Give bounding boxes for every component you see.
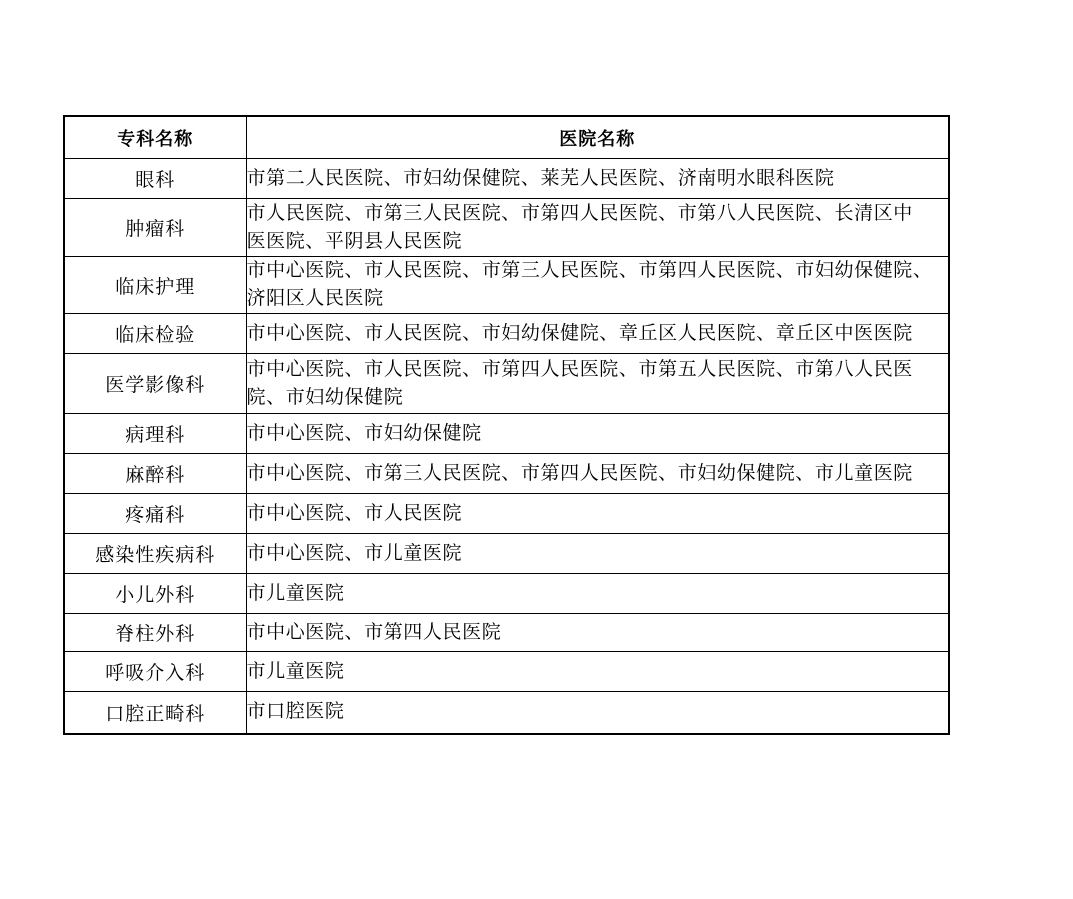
table-row: 疼痛科 市中心医院、市人民医院 <box>64 494 949 534</box>
table-row: 眼科 市第二人民医院、市妇幼保健院、莱芜人民医院、济南明水眼科医院 <box>64 159 949 199</box>
table-row: 临床护理 市中心医院、市人民医院、市第三人民医院、市第四人民医院、市妇幼保健院、… <box>64 257 949 314</box>
table-row: 临床检验 市中心医院、市人民医院、市妇幼保健院、章丘区人民医院、章丘区中医医院 <box>64 314 949 354</box>
hospitals-cell: 市儿童医院 <box>246 574 949 614</box>
hospitals-cell: 市中心医院、市第四人民医院 <box>246 614 949 652</box>
table-row: 感染性疾病科 市中心医院、市儿童医院 <box>64 534 949 574</box>
specialty-cell: 呼吸介入科 <box>64 652 246 692</box>
specialty-cell: 肿瘤科 <box>64 199 246 257</box>
hospitals-cell: 市人民医院、市第三人民医院、市第四人民医院、市第八人民医院、长清区中 医医院、平… <box>246 199 949 257</box>
specialty-hospital-table: 专科名称 医院名称 眼科 市第二人民医院、市妇幼保健院、莱芜人民医院、济南明水眼… <box>63 115 950 735</box>
hospitals-cell: 市第二人民医院、市妇幼保健院、莱芜人民医院、济南明水眼科医院 <box>246 159 949 199</box>
hospitals-cell: 市中心医院、市儿童医院 <box>246 534 949 574</box>
table-row: 小儿外科 市儿童医院 <box>64 574 949 614</box>
specialty-cell: 口腔正畸科 <box>64 692 246 734</box>
specialty-cell: 脊柱外科 <box>64 614 246 652</box>
table-header-row: 专科名称 医院名称 <box>64 116 949 159</box>
hospitals-cell: 市中心医院、市人民医院、市第四人民医院、市第五人民医院、市第八人民医 院、市妇幼… <box>246 354 949 414</box>
hospitals-cell: 市口腔医院 <box>246 692 949 734</box>
specialty-cell: 医学影像科 <box>64 354 246 414</box>
hospitals-cell: 市中心医院、市第三人民医院、市第四人民医院、市妇幼保健院、市儿童医院 <box>246 454 949 494</box>
hospitals-cell: 市中心医院、市人民医院、市妇幼保健院、章丘区人民医院、章丘区中医医院 <box>246 314 949 354</box>
table-row: 病理科 市中心医院、市妇幼保健院 <box>64 414 949 454</box>
specialty-cell: 小儿外科 <box>64 574 246 614</box>
specialty-cell: 临床护理 <box>64 257 246 314</box>
table-row: 肿瘤科 市人民医院、市第三人民医院、市第四人民医院、市第八人民医院、长清区中 医… <box>64 199 949 257</box>
table-row: 医学影像科 市中心医院、市人民医院、市第四人民医院、市第五人民医院、市第八人民医… <box>64 354 949 414</box>
table-row: 麻醉科 市中心医院、市第三人民医院、市第四人民医院、市妇幼保健院、市儿童医院 <box>64 454 949 494</box>
specialty-cell: 麻醉科 <box>64 454 246 494</box>
document-page: 专科名称 医院名称 眼科 市第二人民医院、市妇幼保健院、莱芜人民医院、济南明水眼… <box>0 0 1073 899</box>
specialty-cell: 眼科 <box>64 159 246 199</box>
hospitals-cell: 市中心医院、市人民医院、市第三人民医院、市第四人民医院、市妇幼保健院、 济阳区人… <box>246 257 949 314</box>
table-row: 脊柱外科 市中心医院、市第四人民医院 <box>64 614 949 652</box>
hospitals-cell: 市中心医院、市妇幼保健院 <box>246 414 949 454</box>
specialty-cell: 临床检验 <box>64 314 246 354</box>
header-hospital: 医院名称 <box>246 116 949 159</box>
header-specialty: 专科名称 <box>64 116 246 159</box>
specialty-cell: 感染性疾病科 <box>64 534 246 574</box>
specialty-cell: 病理科 <box>64 414 246 454</box>
specialty-cell: 疼痛科 <box>64 494 246 534</box>
table-row: 口腔正畸科 市口腔医院 <box>64 692 949 734</box>
hospitals-cell: 市中心医院、市人民医院 <box>246 494 949 534</box>
hospitals-cell: 市儿童医院 <box>246 652 949 692</box>
table-row: 呼吸介入科 市儿童医院 <box>64 652 949 692</box>
